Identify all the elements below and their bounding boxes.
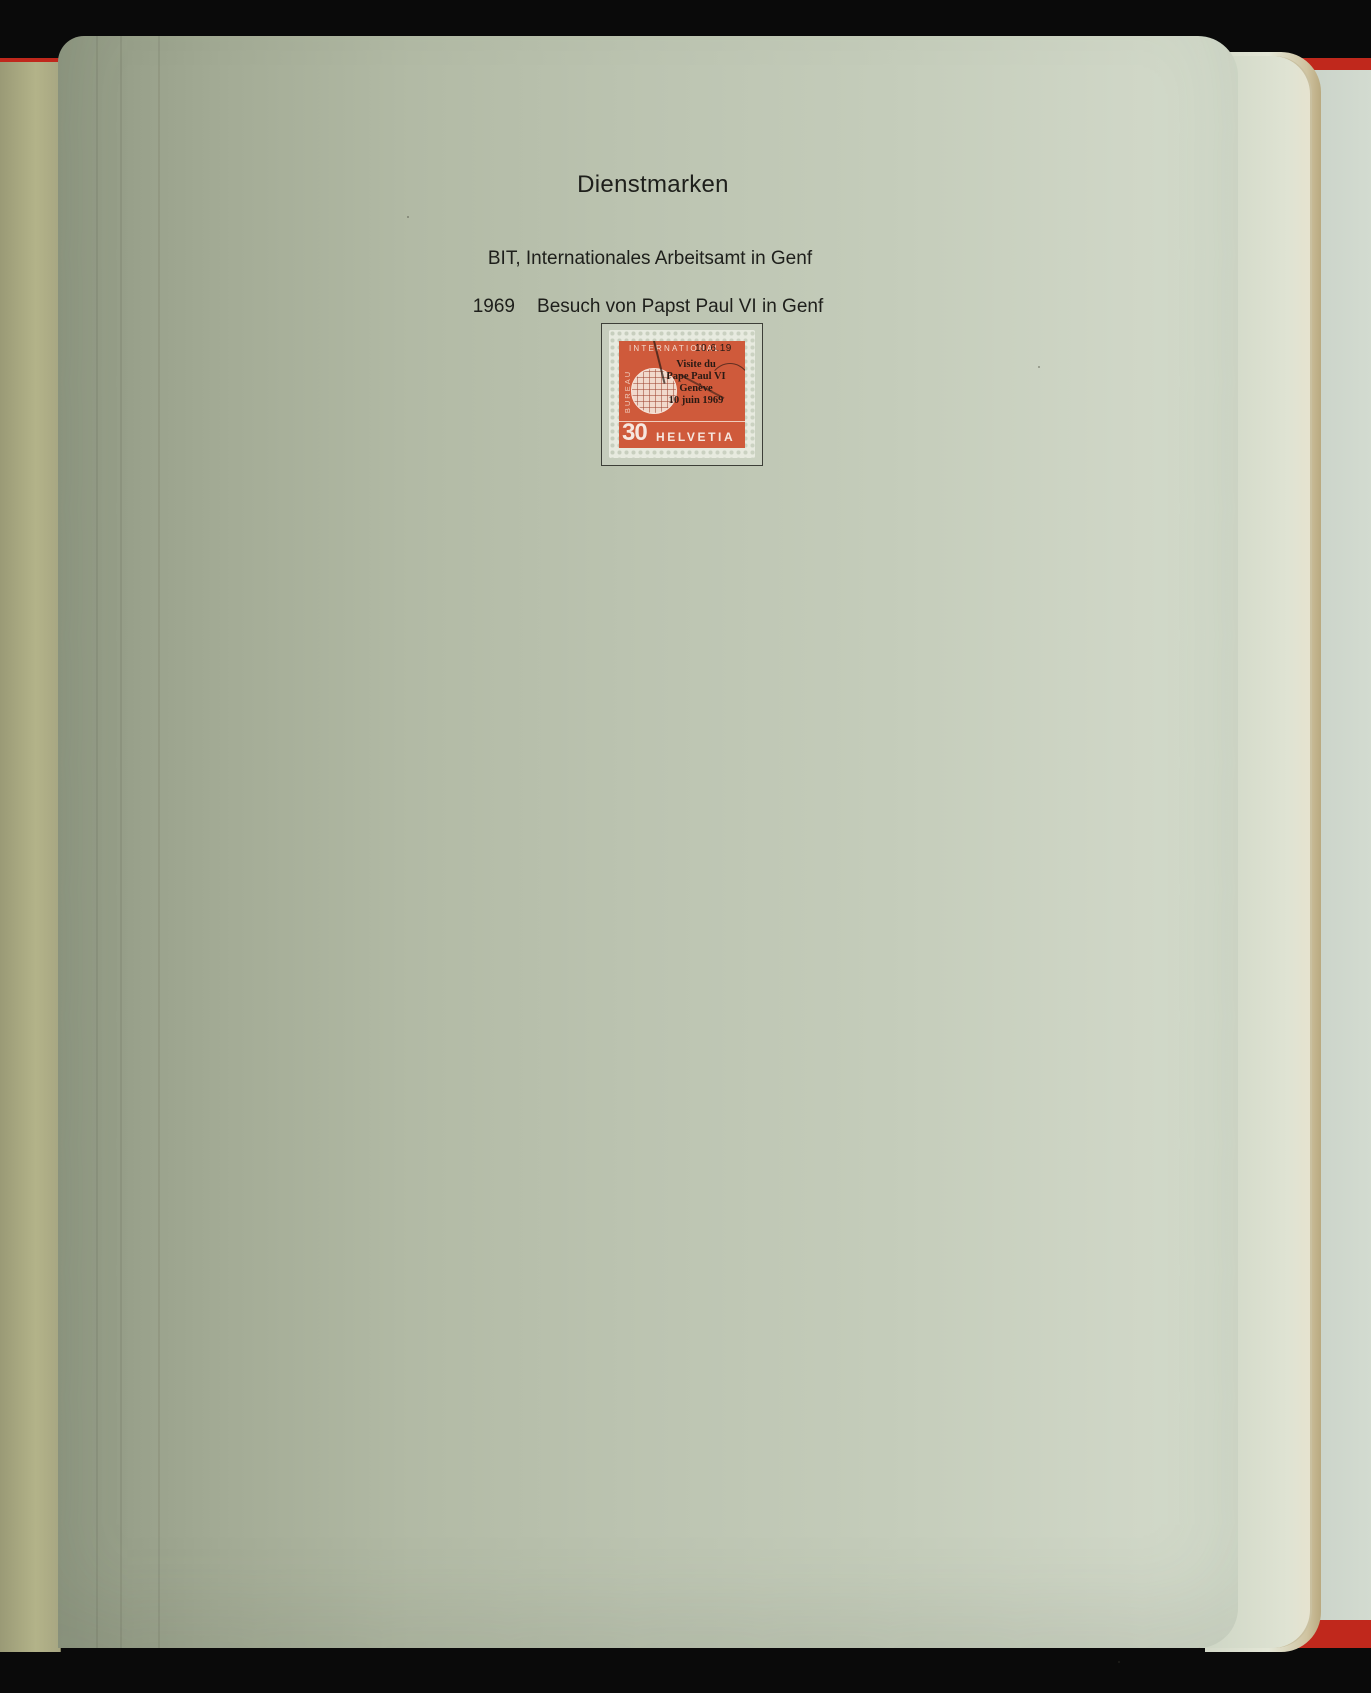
postmark-date: 10.6.19 [695, 343, 732, 354]
page-subtitle-text: BIT, Internationales Arbeitsamt in Genf [488, 248, 812, 270]
left-page-stack [0, 62, 61, 1652]
album-page: Dienstmarken BIT, Internationales Arbeit… [58, 36, 1238, 1648]
stamp-mount[interactable]: INTERNATIONAL BUREAU 10.6.19 Visite du P… [601, 323, 763, 466]
issue-description: Besuch von Papst Paul VI in Genf [537, 296, 823, 317]
page-title: Dienstmarken [58, 171, 1238, 199]
paper-speck [1038, 366, 1040, 368]
page-title-text: Dienstmarken [577, 171, 729, 199]
stamp-bottom-band: 30 HELVETIA [619, 421, 745, 448]
paper-speck [407, 216, 409, 218]
issue-heading: 1969Besuch von Papst Paul VI in Genf [58, 296, 1238, 318]
overprint-line: Genève [651, 383, 741, 395]
overprint-line: Visite du [651, 359, 741, 371]
stamp-country: HELVETIA [656, 430, 735, 444]
issue-year: 1969 [473, 296, 515, 318]
page-subtitle: BIT, Internationales Arbeitsamt in Genf [58, 248, 1238, 270]
stamp-overprint: Visite du Pape Paul VI Genève 10 juin 19… [651, 359, 741, 407]
overprint-line: Pape Paul VI [651, 371, 741, 383]
stamp-denomination: 30 [622, 419, 647, 447]
page-content: Dienstmarken BIT, Internationales Arbeit… [58, 36, 1238, 1648]
overprint-line: 10 juin 1969 [651, 395, 741, 407]
stamp[interactable]: INTERNATIONAL BUREAU 10.6.19 Visite du P… [619, 341, 745, 448]
paper-speck [1118, 1661, 1120, 1663]
